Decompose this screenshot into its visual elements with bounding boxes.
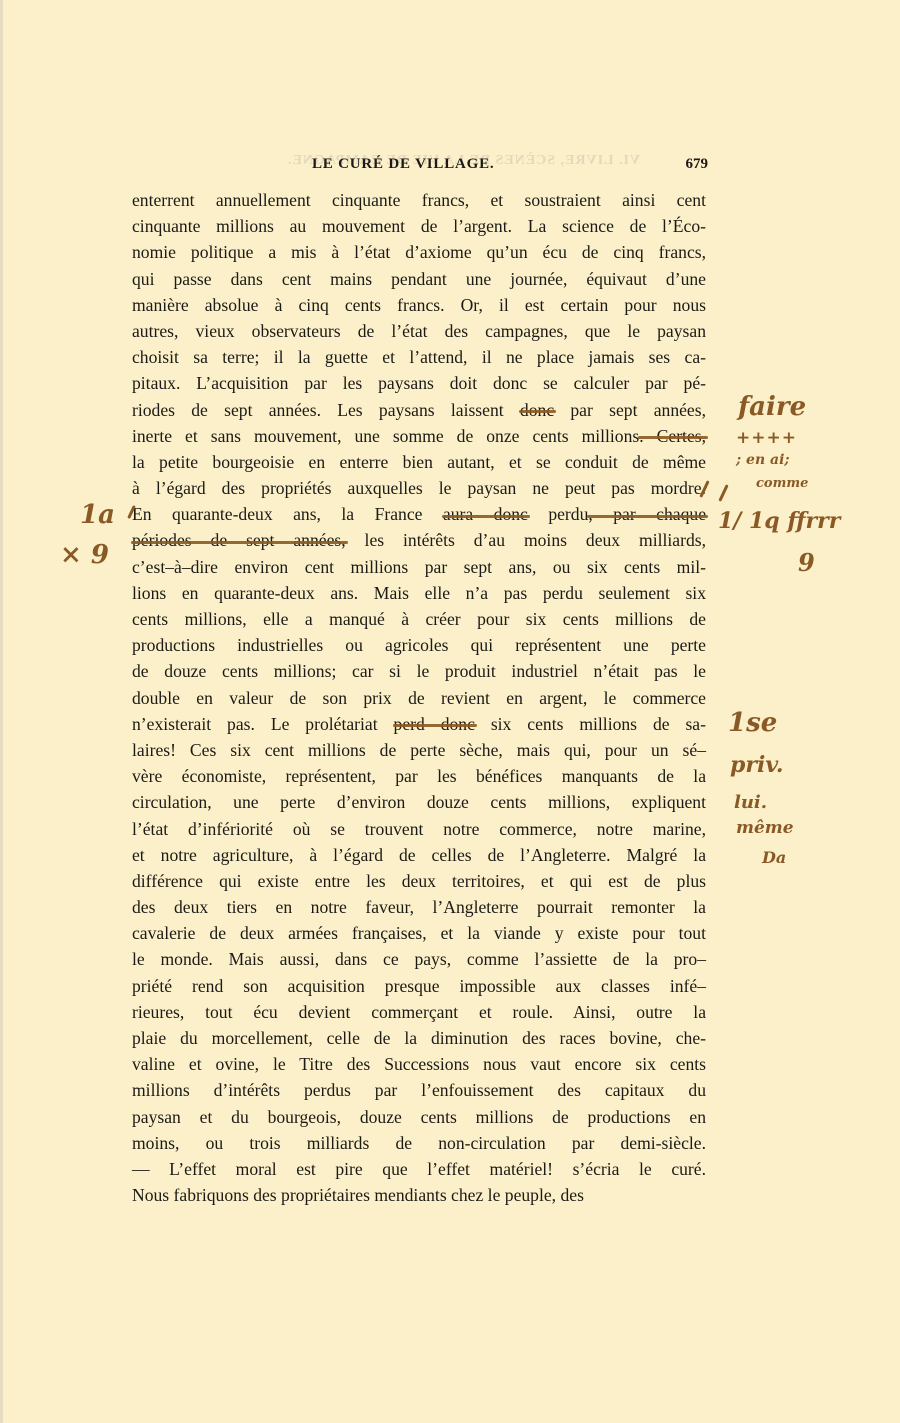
annotation-line: ; en ai;	[736, 452, 790, 468]
annotation-line: × 9	[60, 540, 109, 570]
struck-text: perd donc	[394, 714, 475, 734]
text-line: à l’égard des propriétés auxquelles le p…	[132, 475, 706, 501]
running-header: LE CURÉ DE VILLAGE. 679	[130, 156, 708, 176]
text-line: manière absolue à cinq cents francs. Or,…	[132, 292, 706, 318]
page-edge	[0, 0, 3, 1423]
annotation-line: comme	[756, 476, 808, 491]
text-line: — L’effet moral est pire que l’effet mat…	[132, 1156, 706, 1182]
text-line: inerte et sans mouvement, une somme de o…	[132, 423, 706, 449]
text-line: plaie du morcellement, celle de la dimin…	[132, 1025, 706, 1051]
struck-text: . Certes,	[639, 426, 706, 446]
text-line: de douze cents millions; car si le produ…	[132, 658, 706, 684]
text-line: productions industrielles ou agricoles q…	[132, 632, 706, 658]
text-line: enterrent annuellement cinquante francs,…	[132, 187, 706, 213]
text-line: différence qui existe entre les deux ter…	[132, 868, 706, 894]
annotation-line: 9	[798, 548, 815, 577]
annotation-line: Da	[762, 848, 786, 867]
text-line: n’existerait pas. Le prolétariat perd do…	[132, 711, 706, 737]
text-line: et notre agriculture, à l’égard de celle…	[132, 842, 706, 868]
struck-text: aura donc	[443, 504, 528, 524]
annotation-line: lui.	[734, 792, 767, 813]
annotation-line: ++++	[736, 428, 797, 448]
annotation-line: 1/ 1q ffrrr	[718, 508, 840, 534]
text-line: double en valeur de son prix de revient …	[132, 685, 706, 711]
text-line: circulation, une perte d’environ douze c…	[132, 789, 706, 815]
text-line: cavalerie de deux armées françaises, et …	[132, 920, 706, 946]
correction-mark	[718, 484, 728, 502]
annotation-line: faire	[738, 392, 806, 422]
struck-text: donc	[520, 400, 554, 420]
text-line: nomie politique a mis à l’état d’axiome …	[132, 239, 706, 265]
text-line: pitaux. L’acquisition par les paysans do…	[132, 370, 706, 396]
text-line: lions en quarante-deux ans. Mais elle n’…	[132, 580, 706, 606]
annotation-line: même	[736, 818, 794, 838]
struck-text: , par chaque	[588, 504, 706, 524]
text-line: choisit sa terre; il la guette et l’atte…	[132, 344, 706, 370]
text-line: des deux tiers en notre faveur, l’Anglet…	[132, 894, 706, 920]
text-line: En quarante-deux ans, la France aura don…	[132, 501, 706, 527]
text-line: l’état d’infériorité où se trouvent notr…	[132, 816, 706, 842]
text-line: vère économiste, représentent, par les b…	[132, 763, 706, 789]
annotation-line: 1se	[728, 708, 777, 738]
text-line: la petite bourgeoisie en enterre bien au…	[132, 449, 706, 475]
text-line: qui passe dans cent mains pendant une jo…	[132, 266, 706, 292]
text-line: riodes de sept années. Les paysans laiss…	[132, 397, 706, 423]
text-line: cents millions, elle a manqué à créer po…	[132, 606, 706, 632]
annotation-line: priv.	[730, 752, 784, 778]
body-text: enterrent annuellement cinquante francs,…	[132, 187, 706, 1208]
text-line: Nous fabriquons des propriétaires mendia…	[132, 1182, 706, 1208]
text-line: le monde. Mais aussi, dans ce pays, comm…	[132, 946, 706, 972]
text-line: valine et ovine, le Titre des Succession…	[132, 1051, 706, 1077]
text-line: c’est–à–dire environ cent millions par s…	[132, 554, 706, 580]
text-line: moins, ou trois milliards de non-circula…	[132, 1130, 706, 1156]
text-line: millions d’intérêts perdus par l’enfouis…	[132, 1077, 706, 1103]
running-title: LE CURÉ DE VILLAGE.	[312, 156, 494, 173]
text-line: paysan et du bourgeois, douze cents mill…	[132, 1104, 706, 1130]
text-line: périodes de sept années, les intérêts d’…	[132, 527, 706, 553]
text-line: cinquante millions au mouvement de l’arg…	[132, 213, 706, 239]
text-line: laires! Ces six cent millions de perte s…	[132, 737, 706, 763]
annotation-line: 1a	[80, 500, 115, 530]
text-line: priété rend son acquisition presque impo…	[132, 973, 706, 999]
text-line: rieures, tout écu devient commerçant et …	[132, 999, 706, 1025]
page-number: 679	[686, 156, 709, 173]
struck-text: périodes de sept années,	[132, 530, 346, 550]
text-line: autres, vieux observateurs de l’état des…	[132, 318, 706, 344]
